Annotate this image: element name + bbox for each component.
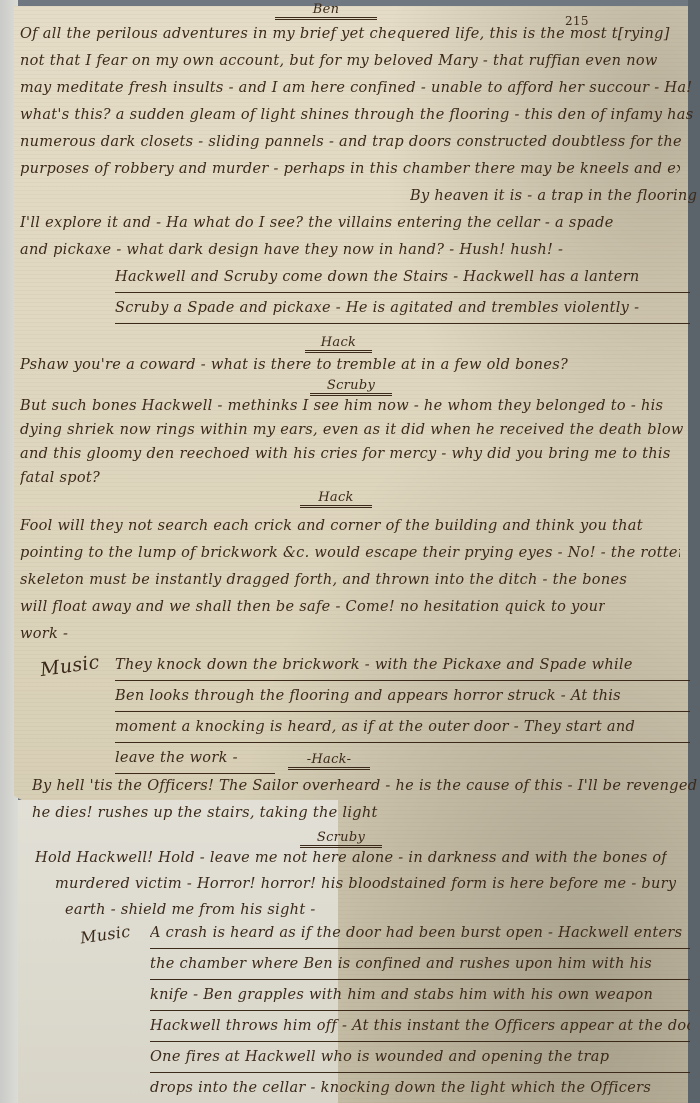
margin-note-music: Music <box>79 922 132 948</box>
text-line: But such bones Hackwell - methinks I see… <box>20 398 663 414</box>
text-line: work - <box>20 626 68 642</box>
text-line: what's this? a sudden gleam of light shi… <box>20 107 694 123</box>
stage-line: A crash is heard as if the door had been… <box>150 918 690 949</box>
text-line: By heaven it is - a trap in the flooring <box>410 188 697 204</box>
text-line: numerous dark closets - sliding pannels … <box>20 134 682 150</box>
text-line: Of all the perilous adventures in my bri… <box>20 26 670 42</box>
stage-line: Scruby a Spade and pickaxe - He is agita… <box>115 293 690 324</box>
text-line: murdered victim - Horror! horror! his bl… <box>55 876 676 892</box>
text-line: will float away and we shall then be saf… <box>20 599 605 615</box>
stage-line: They knock down the brickwork - with the… <box>115 650 690 681</box>
stage-line: moment a knocking is heard, as if at the… <box>115 712 690 743</box>
text-line: By hell 'tis the Officers! The Sailor ov… <box>32 778 697 794</box>
speaker-label: -Hack- <box>288 752 370 770</box>
manuscript-text: 215 Ben Of all the perilous adventures i… <box>20 0 690 1103</box>
speaker-label: Hack <box>305 335 372 353</box>
stage-line: leave the work - <box>115 743 275 774</box>
text-line: Fool will they not search each crick and… <box>20 518 643 534</box>
text-line: pointing to the lump of brickwork &c. wo… <box>20 545 680 561</box>
stage-direction-block: They knock down the brickwork - with the… <box>115 650 690 774</box>
stage-direction: pointing to the lump of brickwork &c. <box>20 545 310 561</box>
stage-line: knife - Ben grapples with him and stabs … <box>150 980 690 1011</box>
text-line: and this gloomy den reechoed with his cr… <box>20 446 671 462</box>
text-line: not that I fear on my own account, but f… <box>20 53 658 69</box>
text-line: Pshaw you're a coward - what is there to… <box>20 357 568 373</box>
text-line: may meditate fresh insults - and I am he… <box>20 80 692 96</box>
margin-note-music: Music <box>39 651 101 681</box>
speaker-label: Scruby <box>310 378 392 396</box>
text-line: and pickaxe - what dark design have they… <box>20 242 563 258</box>
text-line: Hold Hackwell! Hold - leave me not here … <box>35 850 667 866</box>
text-line: fatal spot? <box>20 470 100 486</box>
stage-line: Hackwell throws him off - At this instan… <box>150 1011 690 1042</box>
stage-line: Hackwell and Scruby come down the Stairs… <box>115 262 690 293</box>
text-line: purposes of robbery and murder - perhaps… <box>20 161 680 177</box>
stage-line: One fires at Hackwell who is wounded and… <box>150 1042 690 1073</box>
text-span: would escape their prying eyes - No! - t… <box>314 545 680 561</box>
text-line: earth - shield me from his sight - <box>65 902 316 918</box>
stage-line: the chamber where Ben is confined and ru… <box>150 949 690 980</box>
text-line: he dies! rushes up the stairs, taking th… <box>32 805 682 821</box>
text-span: he dies! <box>32 805 93 821</box>
stage-line: Ben looks through the flooring and appea… <box>115 681 690 712</box>
stage-direction-block: A crash is heard as if the door had been… <box>150 918 690 1103</box>
text-line: skeleton must be instantly dragged forth… <box>20 572 627 588</box>
speaker-label: Ben <box>275 2 377 20</box>
text-span: purposes of robbery and murder - perhaps… <box>20 161 575 177</box>
speaker-label: Hack <box>300 490 372 508</box>
stage-direction: rushes up the stairs, taking the light <box>98 805 378 821</box>
text-line: dying shriek now rings within my ears, e… <box>20 422 684 438</box>
stage-direction-block: Hackwell and Scruby come down the Stairs… <box>115 262 690 324</box>
stage-direction: kneels and examines the flooring feeling… <box>580 161 680 177</box>
speaker-label: Scruby <box>300 830 382 848</box>
text-line: I'll explore it and - Ha what do I see? … <box>20 215 614 231</box>
stage-line: drops into the cellar - knocking down th… <box>150 1073 690 1103</box>
